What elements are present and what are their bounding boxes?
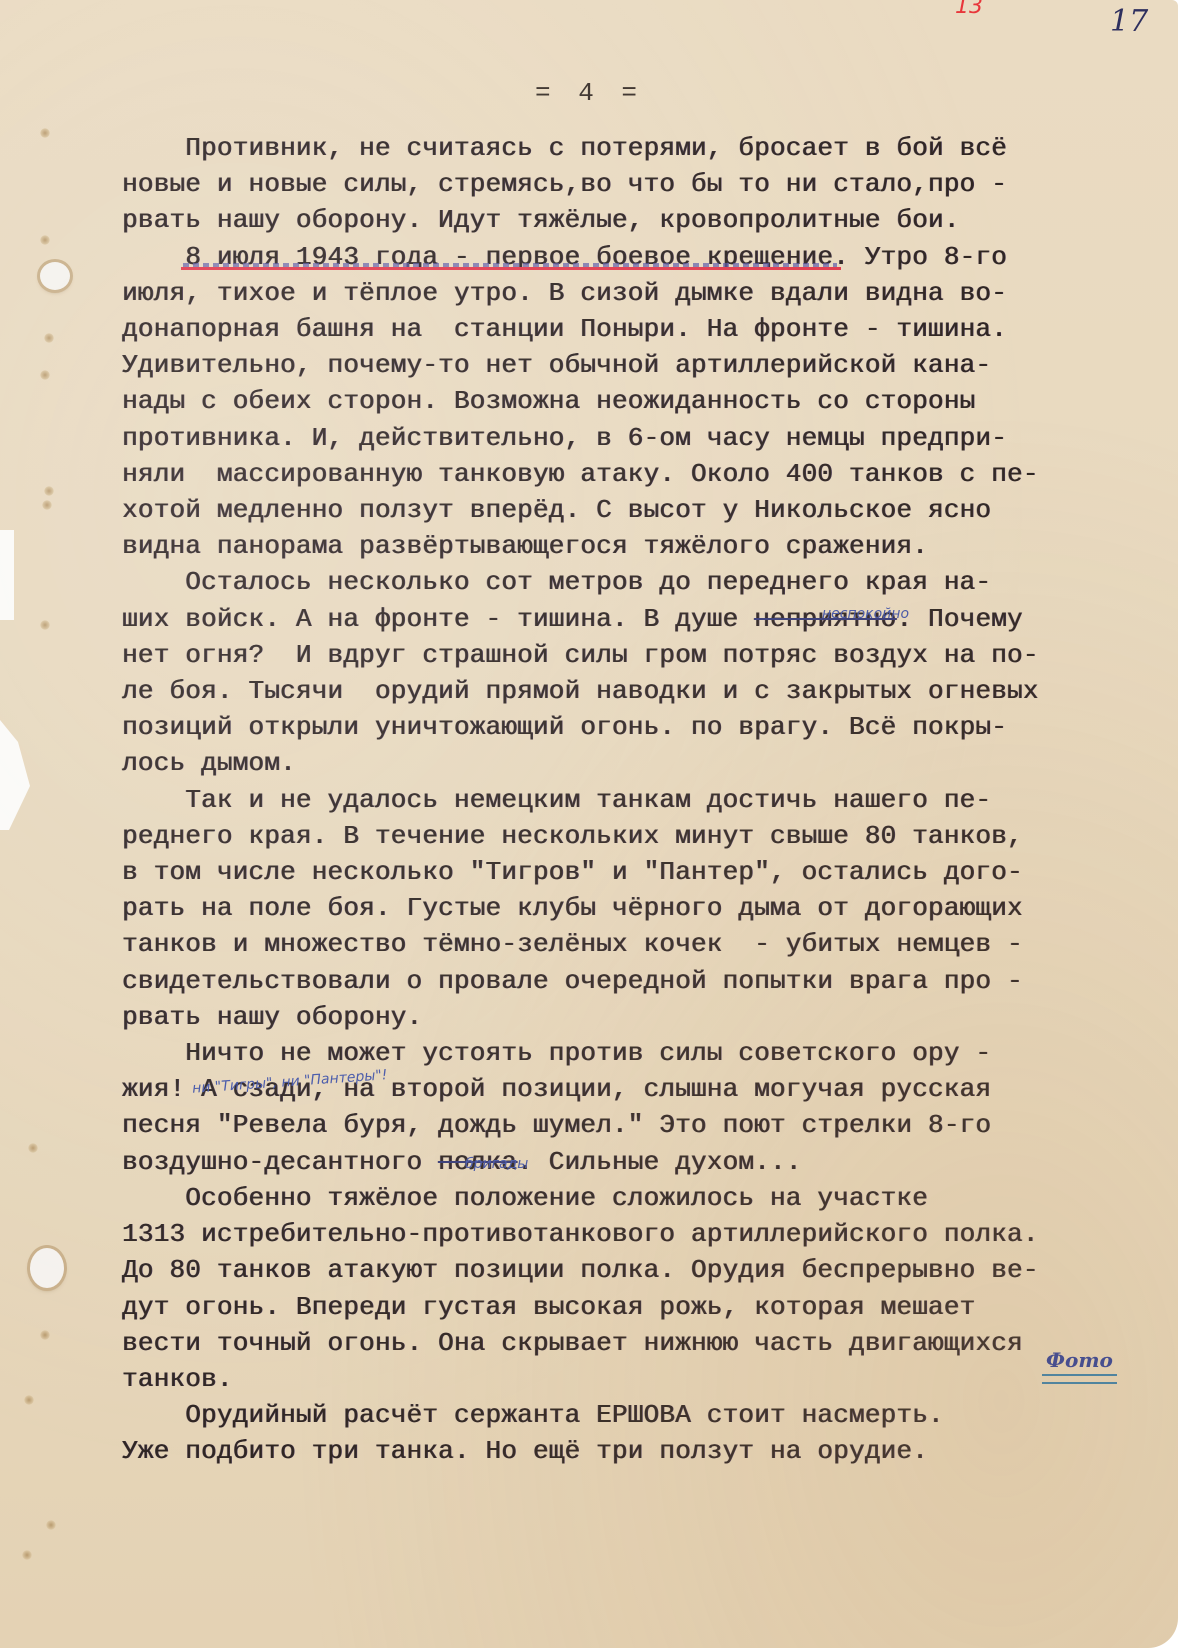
text-line: свидетельствовали о провале очередной по…: [122, 963, 1102, 999]
text-line: До 80 танков атакуют позиции полка. Оруд…: [122, 1252, 1102, 1288]
text-line: танков и множество тёмно-зелёных кочек -…: [122, 926, 1102, 962]
text-line: донапорная башня на станции Поныри. На ф…: [122, 311, 1102, 347]
handwritten-insert: бригады: [465, 1156, 528, 1172]
text-line: Противник, не считаясь с потерями, броса…: [122, 130, 1102, 166]
text-line: Особенно тяжёлое положение сложилось на …: [122, 1180, 1102, 1216]
text-line: нады с обеих сторон. Возможна неожиданно…: [122, 383, 1102, 419]
pin-mark: [46, 1520, 56, 1530]
text-line: противника. И, действительно, в 6-ом час…: [122, 420, 1102, 456]
text-line: песня "Ревела буря, дождь шумел." Это по…: [122, 1107, 1102, 1143]
archive-number-red: 13: [955, 0, 983, 19]
pin-mark: [40, 620, 50, 630]
text-line: в том числе несколько "Тигров" и "Пантер…: [122, 854, 1102, 890]
punch-hole: [30, 1248, 64, 1288]
text-line: няли массированную танковую атаку. Около…: [122, 456, 1102, 492]
pin-mark: [40, 1330, 50, 1340]
torn-edge: [0, 720, 30, 830]
torn-edge: [0, 530, 14, 620]
handwritten-insert: неспокойно: [822, 606, 909, 622]
pin-mark: [40, 128, 50, 138]
text-line: лось дымом.: [122, 745, 1102, 781]
text-line: Ничто не может устоять против силы совет…: [122, 1035, 1102, 1071]
text-line: рать на поле боя. Густые клубы чёрного д…: [122, 890, 1102, 926]
text-line: дут огонь. Впереди густая высокая рожь, …: [122, 1289, 1102, 1325]
text-line-edited: воздушно-десантного полка. Сильные духом…: [122, 1144, 1102, 1180]
text-line: Так и не удалось немецким танкам достичь…: [122, 782, 1102, 818]
text-line: хотой медленно ползут вперёд. С высот у …: [122, 492, 1102, 528]
text-line-edited: ших войск. А на фронте - тишина. В душе …: [122, 601, 1102, 637]
typed-text-body: Противник, не считаясь с потерями, броса…: [122, 130, 1102, 1470]
document-page: 13 17 = 4 = Противник, не считаясь с пот…: [0, 0, 1178, 1648]
text-line: Орудийный расчёт сержанта ЕРШОВА стоит н…: [122, 1397, 1102, 1433]
text-line: позиций открыли уничтожающий огонь. по в…: [122, 709, 1102, 745]
text-line: Уже подбито три танка. Но ещё три ползут…: [122, 1433, 1102, 1469]
page-number: = 4 =: [0, 78, 1178, 108]
text-line: рвать нашу оборону.: [122, 999, 1102, 1035]
text-line: Удивительно, почему-то нет обычной артил…: [122, 347, 1102, 383]
text-line: рвать нашу оборону. Идут тяжёлые, кровоп…: [122, 202, 1102, 238]
archive-number-ink: 17: [1110, 4, 1148, 39]
pin-mark: [40, 235, 50, 245]
pin-mark: [44, 486, 54, 496]
text-line: вести точный огонь. Она скрывает нижнюю …: [122, 1325, 1102, 1361]
pin-mark: [22, 1550, 32, 1560]
text-line: новые и новые силы, стремясь,во что бы т…: [122, 166, 1102, 202]
underlined-heading: 8 июля 1943 года - первое боевое крещени…: [185, 242, 833, 272]
text-line: 1313 истребительно-противотанкового арти…: [122, 1216, 1102, 1252]
pin-mark: [42, 500, 52, 510]
text-line: Осталось несколько сот метров до передне…: [122, 564, 1102, 600]
pin-mark: [44, 333, 54, 343]
text-line: нет огня? И вдруг страшной силы гром пот…: [122, 637, 1102, 673]
photo-note-stamp: Фото: [1046, 1348, 1113, 1372]
text-line: видна панорама развёртывающегося тяжёлог…: [122, 528, 1102, 564]
pin-mark: [28, 1143, 38, 1153]
pin-mark: [24, 1395, 34, 1405]
text-line: ле боя. Тысячи орудий прямой наводки и с…: [122, 673, 1102, 709]
text-line: июля, тихое и тёплое утро. В сизой дымке…: [122, 275, 1102, 311]
pin-mark: [40, 370, 50, 380]
text-line: реднего края. В течение нескольких минут…: [122, 818, 1102, 854]
punch-hole: [40, 262, 70, 290]
text-line-heading: 8 июля 1943 года - первое боевое крещени…: [122, 239, 1102, 275]
text-line: танков.: [122, 1361, 1102, 1397]
